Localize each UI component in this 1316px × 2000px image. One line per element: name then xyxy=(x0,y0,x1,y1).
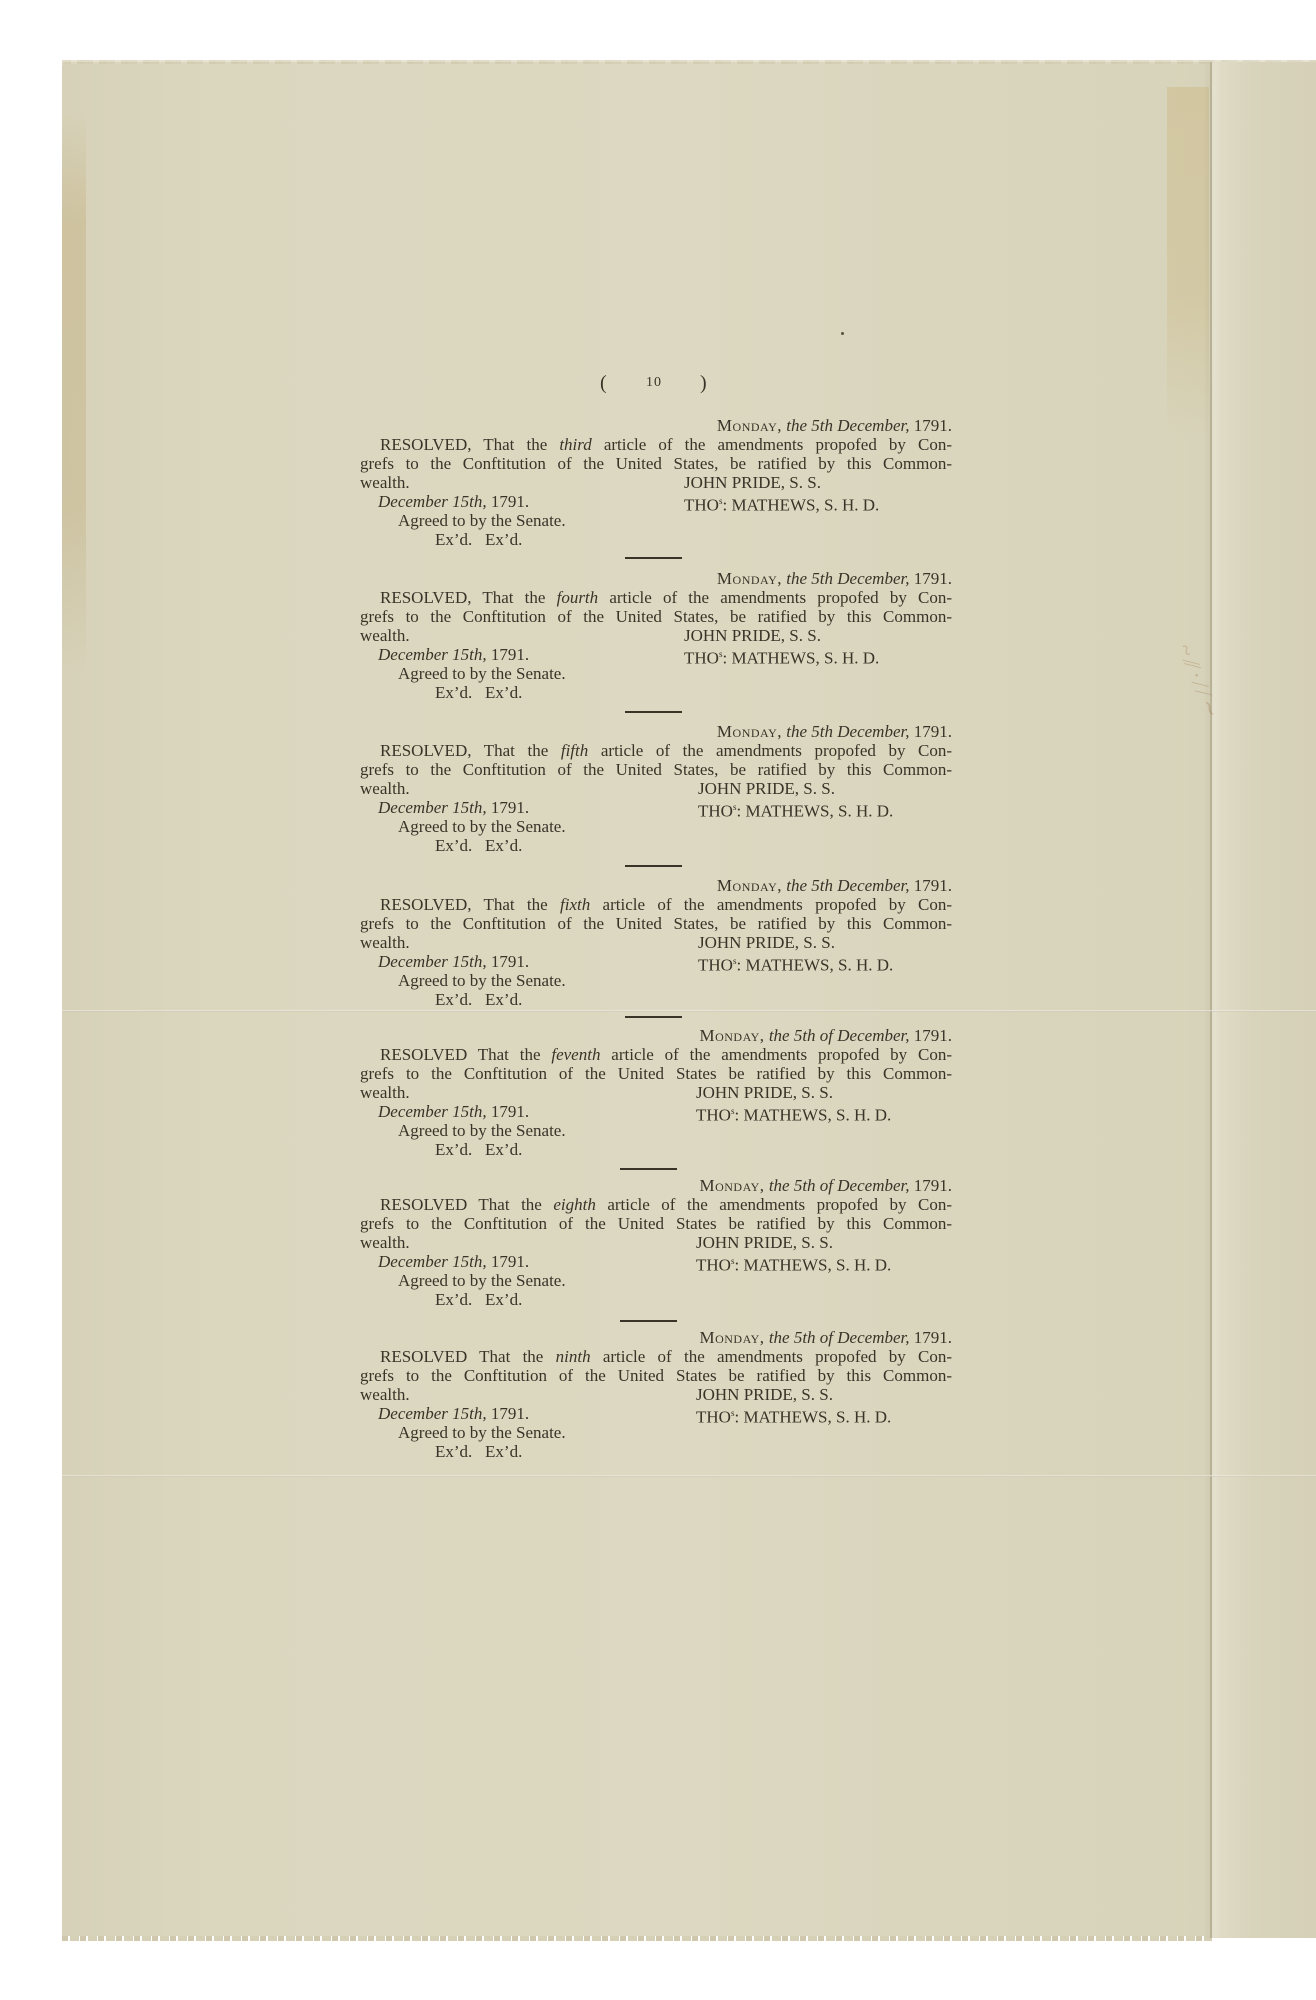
resolution-date: Monday, the 5th December, 1791. xyxy=(717,569,952,588)
resolution-text-line-3: wealth. xyxy=(360,933,410,952)
senate-agreement: Agreed to by the Senate. xyxy=(398,817,566,836)
senate-agreement: Agreed to by the Senate. xyxy=(398,511,566,530)
signature-senate-speaker: JOHN PRIDE, S. S. xyxy=(698,779,835,798)
resolution-block-fifth: Monday, the 5th December, 1791. RESOLVED… xyxy=(360,722,952,862)
article-ordinal: feventh xyxy=(551,1045,600,1064)
resolution-text-line-3: wealth. xyxy=(360,1385,410,1404)
resolution-block-eighth: Monday, the 5th of December, 1791. RESOL… xyxy=(360,1176,952,1316)
resolution-text-line-3: wealth. xyxy=(360,779,410,798)
section-divider xyxy=(625,1016,682,1018)
page-number-value: 10 xyxy=(646,375,662,391)
resolution-text-line-2: grefs to the Conftitution of the United … xyxy=(360,760,952,779)
resolution-block-sixth: Monday, the 5th December, 1791. RESOLVED… xyxy=(360,876,952,1016)
article-ordinal: fifth xyxy=(561,741,588,760)
ink-speck xyxy=(841,332,844,335)
water-stain-left xyxy=(62,112,86,672)
signature-house-speaker: THOs: MATHEWS, S. H. D. xyxy=(696,1404,891,1427)
agreed-date: December 15th, 1791. xyxy=(378,1252,529,1271)
agreed-date: December 15th, 1791. xyxy=(378,798,529,817)
resolution-text-line-1: RESOLVED That the feventh article of the… xyxy=(380,1045,952,1064)
examined-marks: Ex’d. Ex’d. xyxy=(435,1140,522,1159)
agreed-date: December 15th, 1791. xyxy=(378,1102,529,1121)
resolution-date: Monday, the 5th December, 1791. xyxy=(717,876,952,895)
page-number-close-paren: ) xyxy=(700,372,708,395)
resolution-text-line-1: RESOLVED That the eighth article of the … xyxy=(380,1195,952,1214)
resolution-text-line-3: wealth. xyxy=(360,626,410,645)
signature-house-speaker: THOs: MATHEWS, S. H. D. xyxy=(698,952,893,975)
signature-senate-speaker: JOHN PRIDE, S. S. xyxy=(696,1083,833,1102)
agreed-date: December 15th, 1791. xyxy=(378,952,529,971)
resolution-date: Monday, the 5th December, 1791. xyxy=(717,416,952,435)
section-divider xyxy=(620,1320,677,1322)
deckle-edge-top xyxy=(62,60,1316,64)
article-ordinal: eighth xyxy=(553,1195,596,1214)
resolution-date: Monday, the 5th of December, 1791. xyxy=(699,1026,952,1045)
resolution-text-line-2: grefs to the Conftitution of the United … xyxy=(360,1366,952,1385)
resolution-text-line-1: RESOLVED, That the fifth article of the … xyxy=(380,741,952,760)
page-number: ( 10 ) xyxy=(600,372,710,398)
resolution-text-line-3: wealth. xyxy=(360,473,410,492)
resolution-text-line-2: grefs to the Conftitution of the United … xyxy=(360,607,952,626)
examined-marks: Ex’d. Ex’d. xyxy=(435,990,522,1009)
section-divider xyxy=(625,865,682,867)
article-ordinal: fourth xyxy=(557,588,599,607)
senate-agreement: Agreed to by the Senate. xyxy=(398,1271,566,1290)
examined-marks: Ex’d. Ex’d. xyxy=(435,1442,522,1461)
page-number-open-paren: ( xyxy=(600,372,608,395)
resolution-block-ninth: Monday, the 5th of December, 1791. RESOL… xyxy=(360,1328,952,1468)
section-divider xyxy=(625,557,682,559)
article-ordinal: ninth xyxy=(556,1347,591,1366)
resolution-text-line-1: RESOLVED, That the fourth article of the… xyxy=(380,588,952,607)
signature-house-speaker: THOs: MATHEWS, S. H. D. xyxy=(684,645,879,668)
deckle-edge-bottom xyxy=(62,1936,1212,1941)
signature-senate-speaker: JOHN PRIDE, S. S. xyxy=(698,933,835,952)
senate-agreement: Agreed to by the Senate. xyxy=(398,664,566,683)
resolution-block-fourth: Monday, the 5th December, 1791. RESOLVED… xyxy=(360,569,952,709)
article-ordinal: fixth xyxy=(560,895,590,914)
water-stain-right xyxy=(1167,87,1209,437)
agreed-date: December 15th, 1791. xyxy=(378,1404,529,1423)
signature-senate-speaker: JOHN PRIDE, S. S. xyxy=(684,626,821,645)
resolution-text-line-3: wealth. xyxy=(360,1233,410,1252)
examined-marks: Ex’d. Ex’d. xyxy=(435,530,522,549)
signature-house-speaker: THOs: MATHEWS, S. H. D. xyxy=(696,1102,891,1125)
examined-marks: Ex’d. Ex’d. xyxy=(435,836,522,855)
resolution-date: Monday, the 5th December, 1791. xyxy=(717,722,952,741)
resolution-text-line-1: RESOLVED, That the fixth article of the … xyxy=(380,895,952,914)
examined-marks: Ex’d. Ex’d. xyxy=(435,683,522,702)
section-divider xyxy=(620,1168,677,1170)
senate-agreement: Agreed to by the Senate. xyxy=(398,1423,566,1442)
resolution-text-line-2: grefs to the Conftitution of the United … xyxy=(360,454,952,473)
signature-senate-speaker: JOHN PRIDE, S. S. xyxy=(684,473,821,492)
resolution-text-line-2: grefs to the Conftitution of the United … xyxy=(360,914,952,933)
resolution-date: Monday, the 5th of December, 1791. xyxy=(699,1176,952,1195)
examined-marks: Ex’d. Ex’d. xyxy=(435,1290,522,1309)
resolution-block-third: Monday, the 5th December, 1791. RESOLVED… xyxy=(360,416,952,556)
resolution-text-line-1: RESOLVED, That the third article of the … xyxy=(380,435,952,454)
senate-agreement: Agreed to by the Senate. xyxy=(398,971,566,990)
section-divider xyxy=(625,711,682,713)
resolution-text-line-1: RESOLVED That the ninth article of the a… xyxy=(380,1347,952,1366)
resolution-text-line-2: grefs to the Conftitution of the United … xyxy=(360,1214,952,1233)
article-ordinal: third xyxy=(559,435,591,454)
resolution-block-seventh: Monday, the 5th of December, 1791. RESOL… xyxy=(360,1026,952,1166)
senate-agreement: Agreed to by the Senate. xyxy=(398,1121,566,1140)
signature-senate-speaker: JOHN PRIDE, S. S. xyxy=(696,1385,833,1404)
resolution-text-line-2: grefs to the Conftitution of the United … xyxy=(360,1064,952,1083)
signature-senate-speaker: JOHN PRIDE, S. S. xyxy=(696,1233,833,1252)
folded-right-panel xyxy=(1212,62,1316,1938)
resolution-date: Monday, the 5th of December, 1791. xyxy=(699,1328,952,1347)
horizontal-crease-lower xyxy=(62,1475,1316,1477)
signature-house-speaker: THOs: MATHEWS, S. H. D. xyxy=(684,492,879,515)
signature-house-speaker: THOs: MATHEWS, S. H. D. xyxy=(696,1252,891,1275)
resolution-text-line-3: wealth. xyxy=(360,1083,410,1102)
signature-house-speaker: THOs: MATHEWS, S. H. D. xyxy=(698,798,893,821)
vertical-fold-line xyxy=(1210,62,1212,1938)
agreed-date: December 15th, 1791. xyxy=(378,645,529,664)
agreed-date: December 15th, 1791. xyxy=(378,492,529,511)
